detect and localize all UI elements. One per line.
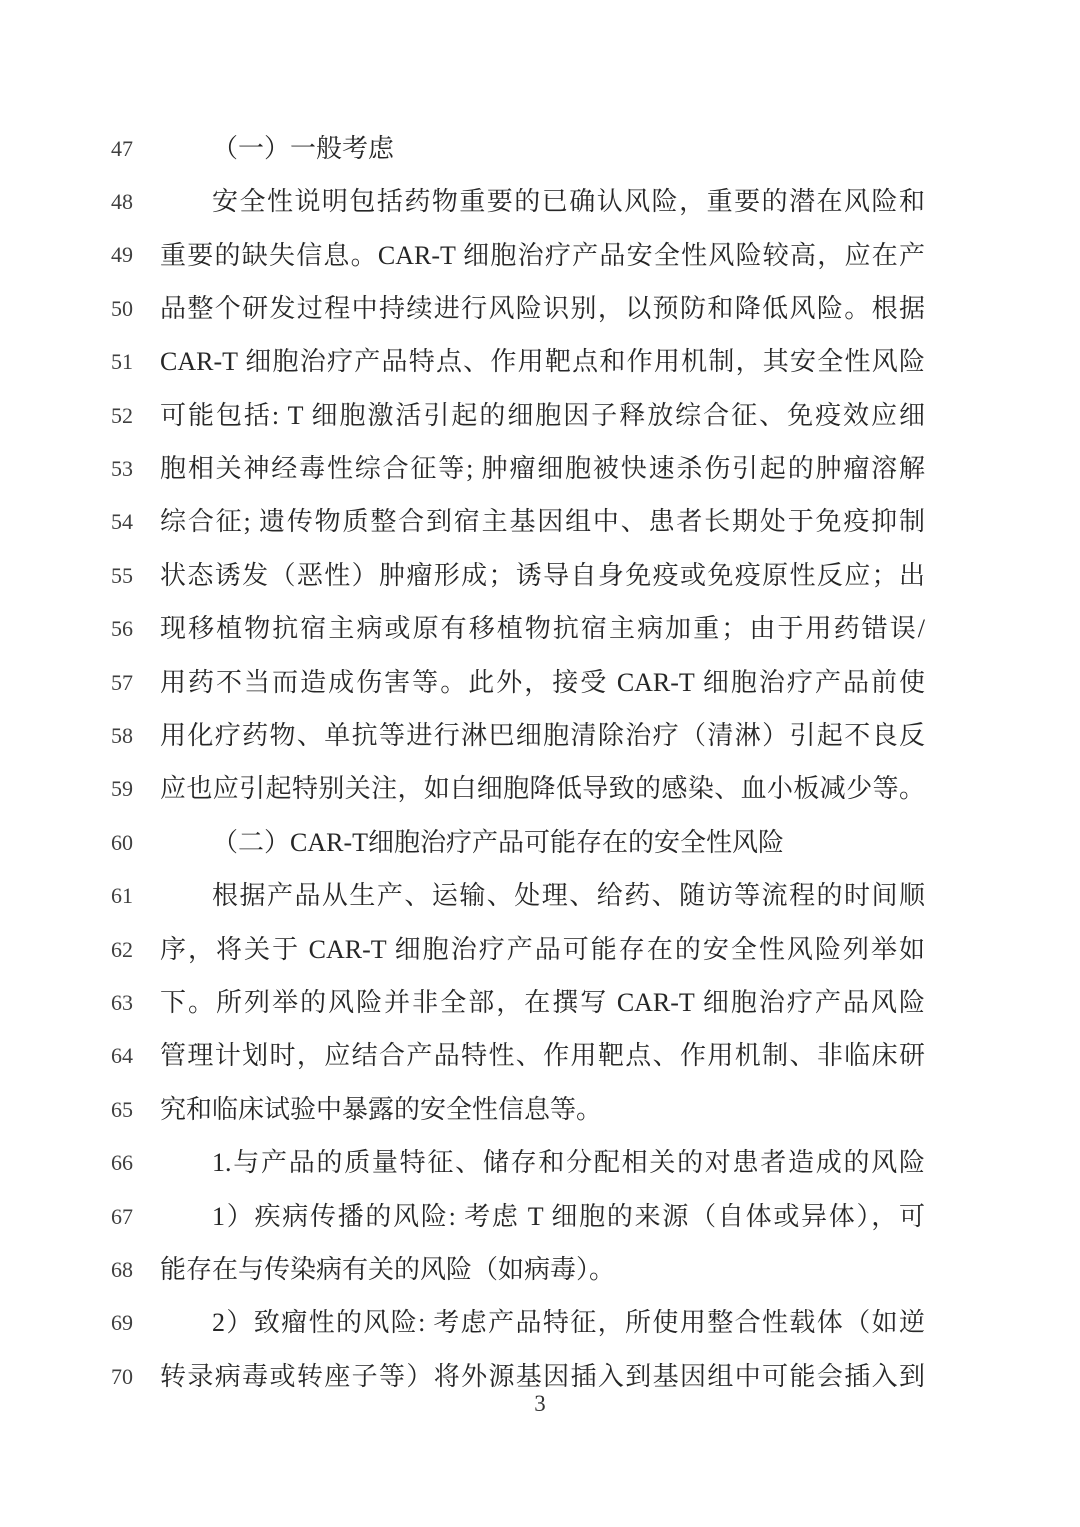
document-line: 65 究和临床试验中暴露的安全性信息等。 xyxy=(0,1083,1080,1136)
line-number: 56 xyxy=(0,618,133,640)
line-text: 重要的缺失信息。CAR-T 细胞治疗产品安全性风险较高，应在产 xyxy=(160,241,925,271)
line-number: 61 xyxy=(0,885,133,907)
line-text: 应也应引起特别关注，如白细胞降低导致的感染、血小板减少等。 xyxy=(160,774,925,804)
document-line: 52 可能包括: T 细胞激活引起的细胞因子释放综合征、免疫效应细 xyxy=(0,389,1080,442)
line-number: 58 xyxy=(0,725,133,747)
line-text: 下。所列举的风险并非全部，在撰写 CAR-T 细胞治疗产品风险 xyxy=(160,988,925,1018)
line-text: 综合征; 遗传物质整合到宿主基因组中、患者长期处于免疫抑制 xyxy=(160,507,925,537)
document-lines: 47 （一）一般考虑 48 安全性说明包括药物重要的已确认风险，重要的潜在风险和… xyxy=(0,122,1080,1403)
line-number: 64 xyxy=(0,1045,133,1067)
line-number: 48 xyxy=(0,191,133,213)
line-text: 2）致瘤性的风险: 考虑产品特征，所使用整合性载体（如逆 xyxy=(160,1308,925,1338)
document-line: 62 序，将关于 CAR-T 细胞治疗产品可能存在的安全性风险列举如 xyxy=(0,923,1080,976)
line-text: 用化疗药物、单抗等进行淋巴细胞清除治疗（清淋）引起不良反 xyxy=(160,721,925,751)
line-number: 55 xyxy=(0,565,133,587)
line-text: （二）CAR-T细胞治疗产品可能存在的安全性风险 xyxy=(160,828,925,858)
line-number: 60 xyxy=(0,832,133,854)
line-number: 54 xyxy=(0,511,133,533)
line-text: 转录病毒或转座子等）将外源基因插入到基因组中可能会插入到 xyxy=(160,1362,925,1392)
line-text: 状态诱发（恶性）肿瘤形成；诱导自身免疫或免疫原性反应；出 xyxy=(160,561,925,591)
line-number: 65 xyxy=(0,1099,133,1121)
document-line: 67 1）疾病传播的风险: 考虑 T 细胞的来源（自体或异体），可 xyxy=(0,1190,1080,1243)
line-text: 管理计划时，应结合产品特性、作用靶点、作用机制、非临床研 xyxy=(160,1041,925,1071)
line-text: 究和临床试验中暴露的安全性信息等。 xyxy=(160,1095,925,1125)
document-line: 69 2）致瘤性的风险: 考虑产品特征，所使用整合性载体（如逆 xyxy=(0,1297,1080,1350)
line-text: 根据产品从生产、运输、处理、给药、随访等流程的时间顺 xyxy=(160,881,925,911)
line-number: 57 xyxy=(0,672,133,694)
document-line: 60 （二）CAR-T细胞治疗产品可能存在的安全性风险 xyxy=(0,816,1080,869)
line-text: （一）一般考虑 xyxy=(160,134,925,164)
line-number: 70 xyxy=(0,1366,133,1388)
document-line: 58 用化疗药物、单抗等进行淋巴细胞清除治疗（清淋）引起不良反 xyxy=(0,709,1080,762)
document-line: 51 CAR-T 细胞治疗产品特点、作用靶点和作用机制，其安全性风险 xyxy=(0,336,1080,389)
line-text: 品整个研发过程中持续进行风险识别，以预防和降低风险。根据 xyxy=(160,294,925,324)
line-number: 68 xyxy=(0,1259,133,1281)
document-line: 56 现移植物抗宿主病或原有移植物抗宿主病加重；由于用药错误/ xyxy=(0,603,1080,656)
line-text: 用药不当而造成伤害等。此外，接受 CAR-T 细胞治疗产品前使 xyxy=(160,668,925,698)
line-text: 安全性说明包括药物重要的已确认风险，重要的潜在风险和 xyxy=(160,187,925,217)
line-number: 47 xyxy=(0,138,133,160)
line-number: 66 xyxy=(0,1152,133,1174)
line-number: 50 xyxy=(0,298,133,320)
document-line: 64 管理计划时，应结合产品特性、作用靶点、作用机制、非临床研 xyxy=(0,1030,1080,1083)
document-line: 61 根据产品从生产、运输、处理、给药、随访等流程的时间顺 xyxy=(0,869,1080,922)
document-line: 47 （一）一般考虑 xyxy=(0,122,1080,175)
document-line: 66 1.与产品的质量特征、储存和分配相关的对患者造成的风险 xyxy=(0,1136,1080,1189)
document-page: 47 （一）一般考虑 48 安全性说明包括药物重要的已确认风险，重要的潜在风险和… xyxy=(0,0,1080,1527)
line-number: 63 xyxy=(0,992,133,1014)
document-line: 63 下。所列举的风险并非全部，在撰写 CAR-T 细胞治疗产品风险 xyxy=(0,976,1080,1029)
line-text: 现移植物抗宿主病或原有移植物抗宿主病加重；由于用药错误/ xyxy=(160,614,925,644)
document-line: 50 品整个研发过程中持续进行风险识别，以预防和降低风险。根据 xyxy=(0,282,1080,335)
document-line: 57 用药不当而造成伤害等。此外，接受 CAR-T 细胞治疗产品前使 xyxy=(0,656,1080,709)
document-line: 55 状态诱发（恶性）肿瘤形成；诱导自身免疫或免疫原性反应；出 xyxy=(0,549,1080,602)
document-line: 53 胞相关神经毒性综合征等; 肿瘤细胞被快速杀伤引起的肿瘤溶解 xyxy=(0,442,1080,495)
line-number: 53 xyxy=(0,458,133,480)
document-line: 49 重要的缺失信息。CAR-T 细胞治疗产品安全性风险较高，应在产 xyxy=(0,229,1080,282)
document-line: 54 综合征; 遗传物质整合到宿主基因组中、患者长期处于免疫抑制 xyxy=(0,496,1080,549)
line-text: CAR-T 细胞治疗产品特点、作用靶点和作用机制，其安全性风险 xyxy=(160,347,925,377)
document-line: 68 能存在与传染病有关的风险（如病毒）。 xyxy=(0,1243,1080,1296)
line-text: 1）疾病传播的风险: 考虑 T 细胞的来源（自体或异体），可 xyxy=(160,1202,925,1232)
line-number: 62 xyxy=(0,939,133,961)
line-number: 69 xyxy=(0,1312,133,1334)
line-text: 序，将关于 CAR-T 细胞治疗产品可能存在的安全性风险列举如 xyxy=(160,935,925,965)
line-text: 可能包括: T 细胞激活引起的细胞因子释放综合征、免疫效应细 xyxy=(160,401,925,431)
line-number: 52 xyxy=(0,405,133,427)
document-line: 48 安全性说明包括药物重要的已确认风险，重要的潜在风险和 xyxy=(0,175,1080,228)
line-number: 49 xyxy=(0,244,133,266)
line-number: 51 xyxy=(0,351,133,373)
document-line: 59 应也应引起特别关注，如白细胞降低导致的感染、血小板减少等。 xyxy=(0,763,1080,816)
line-text: 1.与产品的质量特征、储存和分配相关的对患者造成的风险 xyxy=(160,1148,925,1178)
page-number: 3 xyxy=(0,1392,1080,1415)
line-number: 59 xyxy=(0,778,133,800)
line-text: 能存在与传染病有关的风险（如病毒）。 xyxy=(160,1255,925,1285)
line-text: 胞相关神经毒性综合征等; 肿瘤细胞被快速杀伤引起的肿瘤溶解 xyxy=(160,454,925,484)
line-number: 67 xyxy=(0,1206,133,1228)
